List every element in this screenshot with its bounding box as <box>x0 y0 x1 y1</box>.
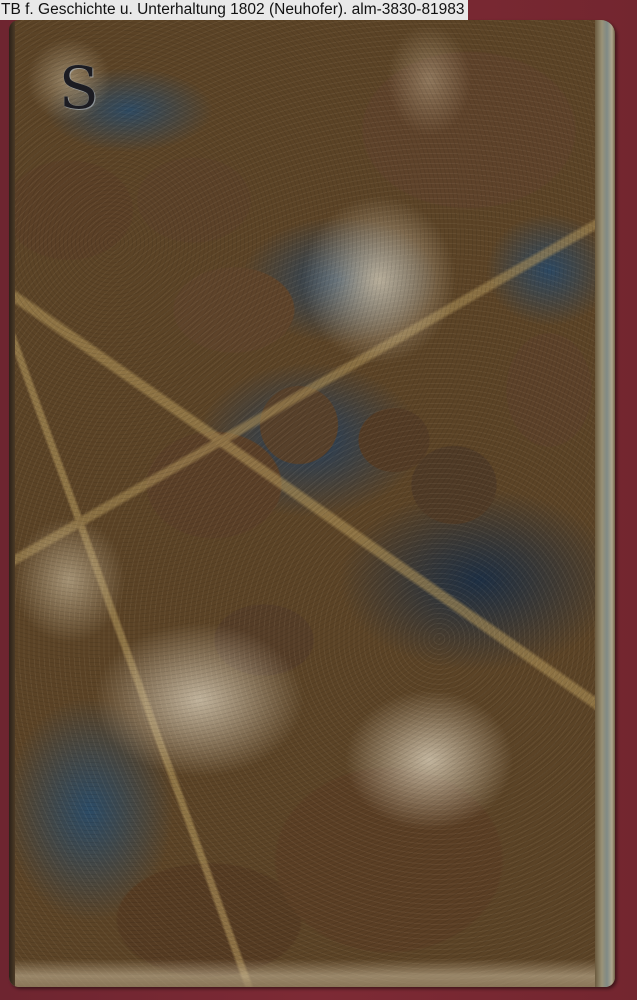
image-caption: TB f. Geschichte u. Unterhaltung 1802 (N… <box>0 0 468 20</box>
spine-edge <box>9 20 15 987</box>
paper-grain <box>9 20 615 987</box>
monogram-s: S <box>59 58 99 118</box>
bottom-edge <box>9 959 615 987</box>
fore-edge <box>595 20 615 987</box>
book-cover: S <box>9 20 615 987</box>
